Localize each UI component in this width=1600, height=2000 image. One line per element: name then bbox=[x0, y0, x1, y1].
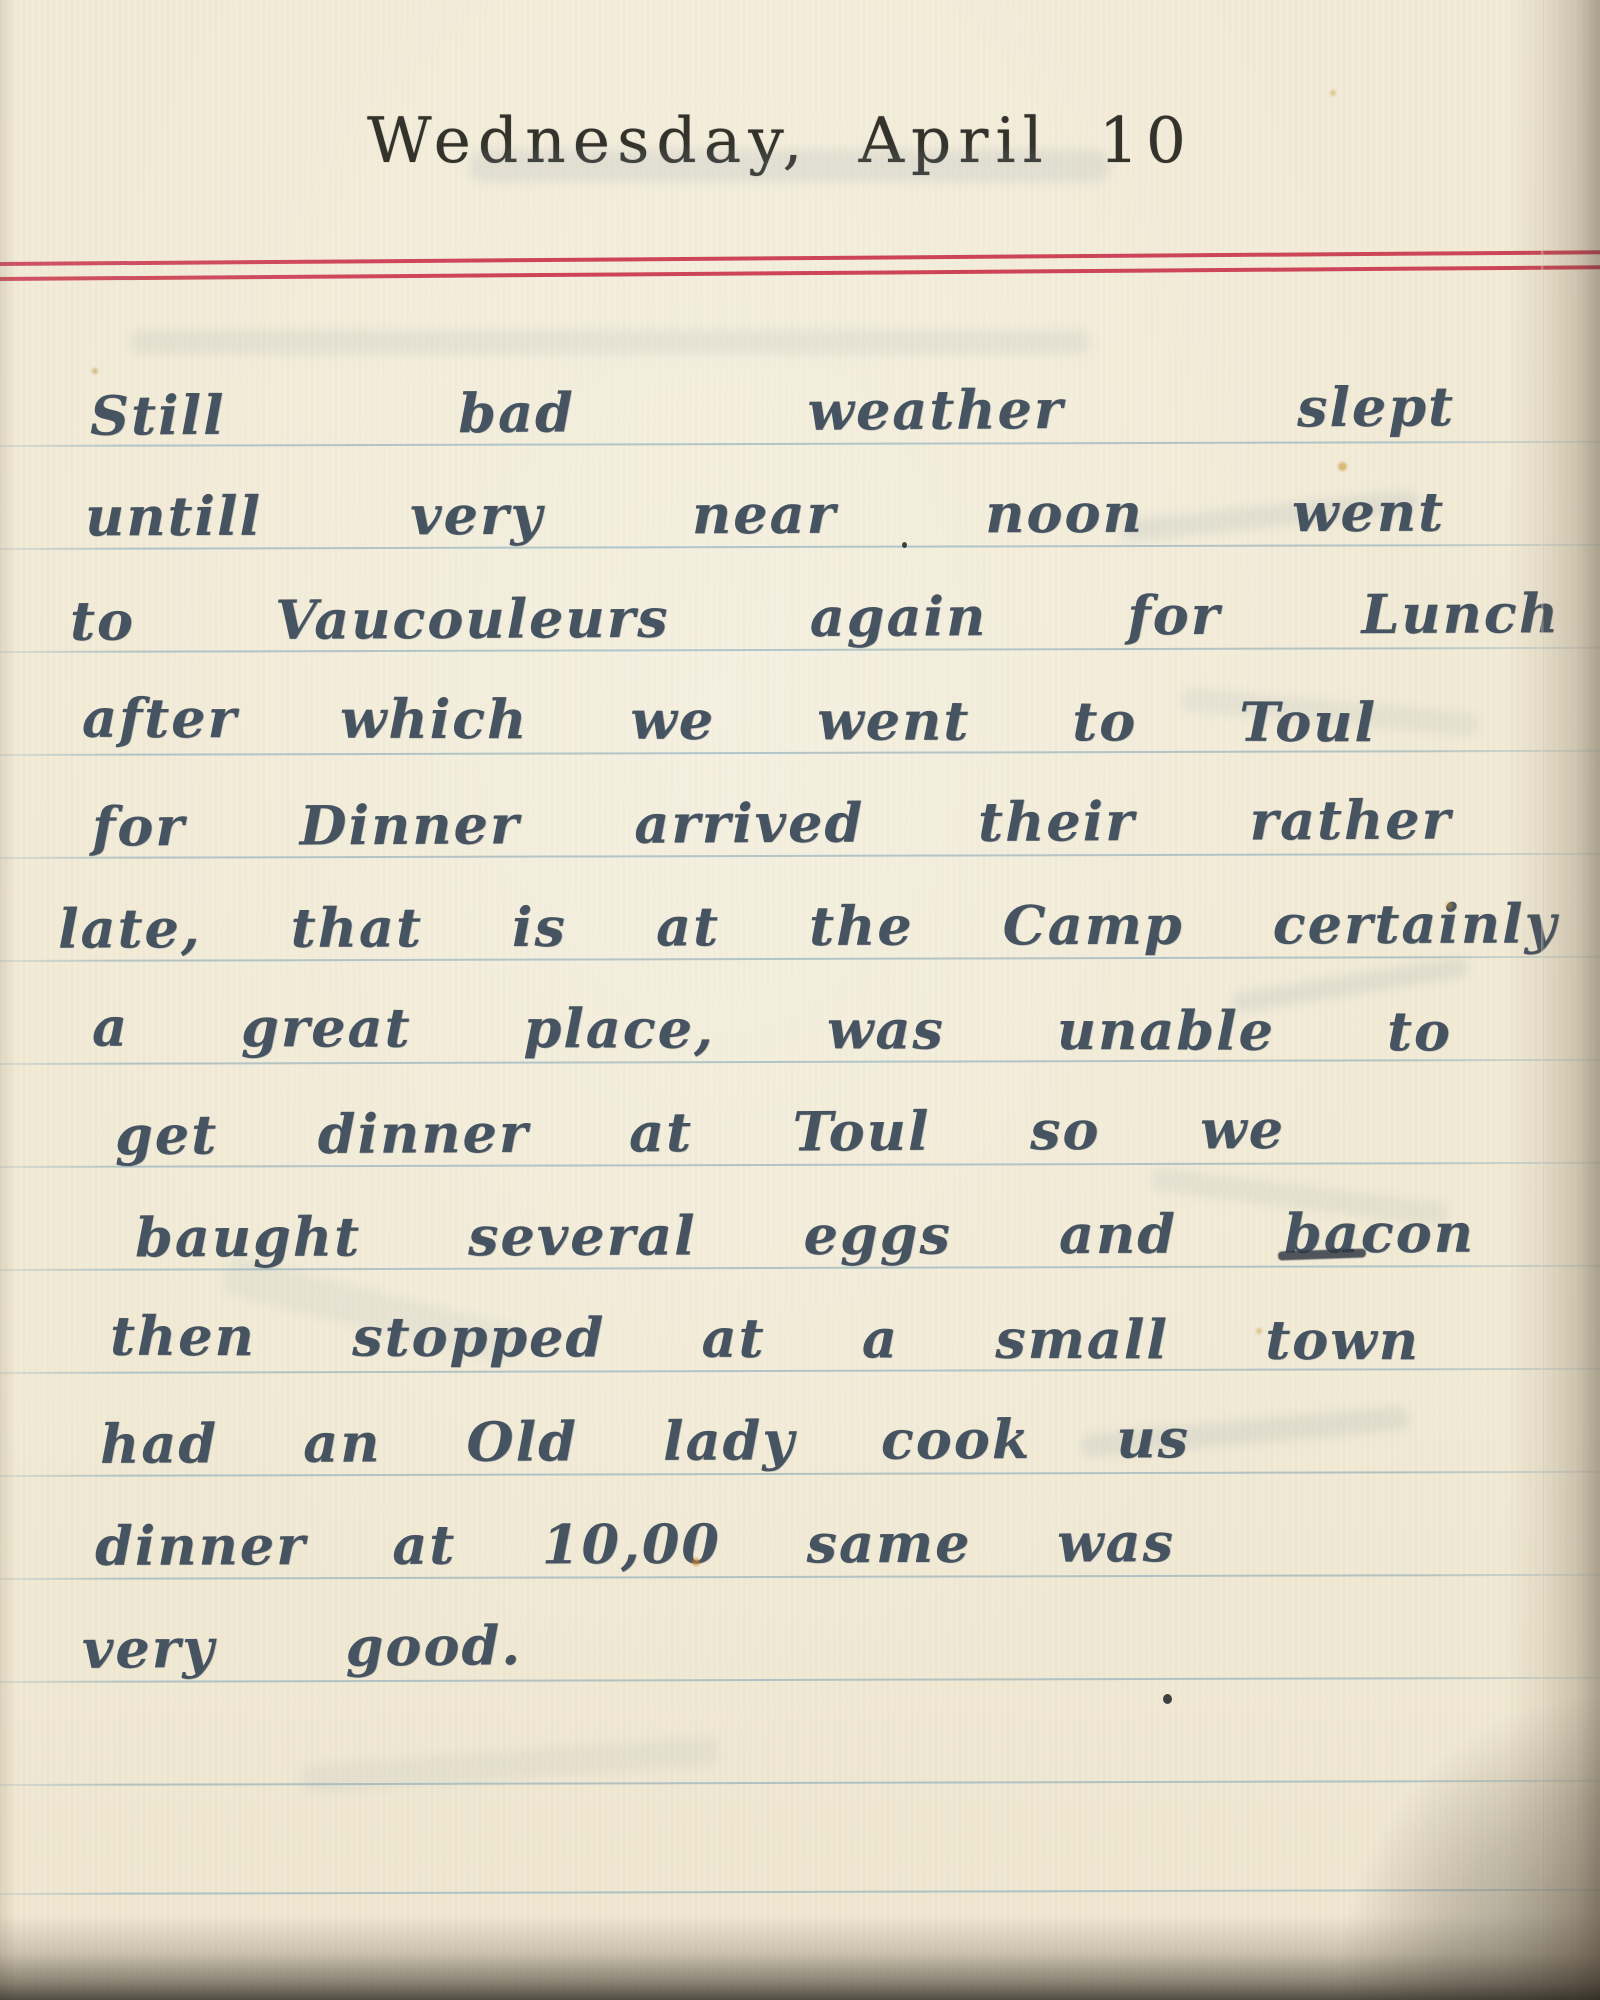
bleed-through-smudge bbox=[299, 1735, 720, 1794]
handwriting-line: very good. bbox=[82, 1618, 522, 1676]
page-bottom-shadow bbox=[0, 1915, 1600, 2000]
diary-page: Wednesday, April 10 Still bad weather sl… bbox=[0, 0, 1600, 2000]
handwriting-line: then stopped at a small town bbox=[110, 1309, 1420, 1368]
foxing-spot bbox=[1330, 90, 1336, 96]
ink-dot bbox=[902, 542, 907, 548]
handwriting-line: dinner at 10,00 same was bbox=[95, 1515, 1175, 1573]
foxing-spot bbox=[1256, 1328, 1262, 1334]
handwriting-line: late, that is at the Camp certainly bbox=[58, 896, 1558, 955]
handwriting-line: had an Old lady cook us bbox=[100, 1411, 1190, 1471]
red-rule-top bbox=[0, 250, 1600, 266]
handwriting-line: untill very near noon went bbox=[85, 485, 1445, 544]
handwriting-line: after which we went to Toul bbox=[82, 691, 1377, 750]
red-rule-bottom bbox=[0, 265, 1600, 281]
handwriting-line: get dinner at Toul so we bbox=[115, 1102, 1285, 1162]
foxing-spot bbox=[1338, 462, 1347, 471]
handwriting-line: for Dinner arrived their rather bbox=[92, 792, 1452, 853]
foxing-spot bbox=[1446, 902, 1453, 909]
handwriting-line: a great place, was unable to bbox=[92, 1000, 1452, 1059]
handwriting-line: baught several eggs and bacon bbox=[135, 1206, 1475, 1265]
page-left-edge-shadow bbox=[0, 0, 16, 2000]
ink-dot bbox=[1163, 1694, 1172, 1704]
foxing-spot bbox=[692, 1558, 700, 1566]
handwriting-line: to Vaucouleurs again for Lunch bbox=[70, 586, 1560, 648]
foxing-spot bbox=[92, 368, 98, 374]
bleed-through-smudge bbox=[470, 150, 1110, 182]
handwriting-line: Still bad weather slept bbox=[90, 379, 1455, 443]
bleed-through-smudge bbox=[130, 330, 1090, 354]
